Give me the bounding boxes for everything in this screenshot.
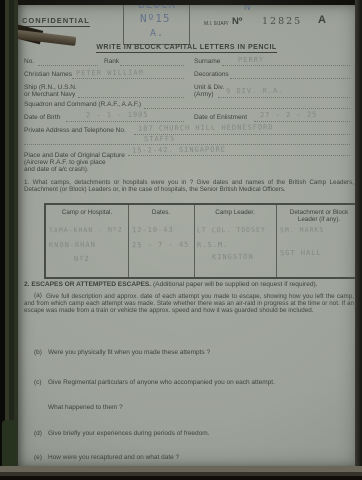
- dob-label: Date of Birth: [24, 115, 60, 122]
- unit-line: [218, 97, 350, 98]
- item-c-label: (c): [34, 380, 42, 387]
- col-header-camp: Camp or Hospital.: [46, 209, 128, 216]
- rank-line: [120, 65, 184, 66]
- item-c-text: Give Regimental particulars of anyone wh…: [48, 380, 275, 387]
- address-label: Private Address and Telephone No.: [24, 128, 126, 135]
- capture-label-line3: and date of a/c crash).: [24, 167, 89, 174]
- ship-label-line2: or Merchant Navy: [24, 92, 75, 99]
- table-row-camp: KNON-KHAN: [49, 241, 96, 249]
- item-e-label: (e): [34, 455, 42, 462]
- no-label: No.: [24, 59, 34, 66]
- decorations-line: [230, 78, 350, 79]
- surname-value: PERRY: [238, 56, 264, 64]
- item-e-text: How were you recaptured and on what date…: [48, 455, 179, 462]
- scan-edge-left: [0, 0, 18, 480]
- item-b-label: (b): [34, 350, 42, 357]
- col-header-detachment-line2: Leader (if any).: [298, 216, 340, 223]
- address-value: 107 CHURCH HILL HEDNESFORD: [138, 123, 274, 132]
- table-row-leader: LT COL. TOOSEY: [197, 226, 266, 235]
- decorations-label: Decorations: [194, 72, 229, 79]
- scan-edge-top: [0, 0, 362, 5]
- table-row-detachment: SM. MARKS: [280, 226, 324, 234]
- christian-names-value: PETER WILLIAM: [76, 69, 144, 78]
- enlistment-value: 27 - 2 - 25: [260, 111, 317, 120]
- item-b-text: Were you physically fit when you made th…: [48, 350, 210, 357]
- table-row-camp: TAMA-KHAN - Nº2: [49, 226, 123, 235]
- item-a-text: Give full description and approx. date o…: [24, 293, 354, 315]
- confidential-stamp: CONFIDENTIAL: [22, 16, 90, 27]
- block-number-box: BLOCK Nº15 A.: [123, 0, 190, 45]
- christian-names-label: Christian Names: [24, 72, 72, 79]
- dob-line: [66, 121, 184, 122]
- section-2-title-note: (Additional paper will be supplied on re…: [153, 281, 318, 288]
- col-header-dates: Dates.: [128, 209, 194, 216]
- dob-value: 2 - 1 - 1905: [86, 111, 149, 120]
- item-d-text: Give briefly your experiences during per…: [48, 431, 210, 438]
- address-line2: [24, 144, 350, 145]
- section-2-title-text: 2. ESCAPES OR ATTEMPTED ESCAPES.: [24, 281, 151, 288]
- ship-line: [78, 97, 184, 98]
- page-heading-text: WRITE IN BLOCK CAPITAL LETTERS IN PENCIL: [96, 44, 276, 53]
- table-row-leader: R.S.M.: [197, 241, 228, 249]
- col-header-leader: Camp Leader.: [194, 209, 276, 216]
- table-row-detachment: SGT HALL: [280, 249, 322, 257]
- table-row-dates: 25 - 7 - 45: [132, 241, 189, 250]
- page-heading: WRITE IN BLOCK CAPITAL LETTERS IN PENCIL: [16, 44, 357, 51]
- scanned-document: CONFIDENTIAL BLOCK Nº15 A. N M.I. 9/JAP/…: [0, 0, 362, 480]
- christian-names-line: [72, 78, 184, 79]
- block-box-line3: A.: [150, 28, 164, 39]
- no-line: [38, 65, 98, 66]
- table-row-camp: Nº2: [74, 255, 90, 263]
- enlistment-label: Date of Enlistment: [194, 115, 247, 122]
- item-c2-text: What happened to them ?: [48, 405, 123, 412]
- form-letter: A: [318, 14, 326, 26]
- block-box-line2: Nº15: [140, 12, 171, 25]
- col-header-detachment-line1: Detachment or Block: [290, 209, 348, 216]
- question-1: 1. What camps, detachments or hospitals …: [24, 179, 354, 193]
- scan-edge-bottom: [0, 466, 362, 480]
- squadron-line: [144, 108, 350, 109]
- address-value-line2: STAFFS: [144, 135, 175, 143]
- form-paper: CONFIDENTIAL BLOCK Nº15 A. N M.I. 9/JAP/…: [16, 3, 357, 468]
- surname-label: Surname: [194, 59, 220, 66]
- unit-value: 9 DIV. R.A.: [226, 87, 283, 96]
- camp-table: Camp or Hospital. Dates. Camp Leader. De…: [44, 203, 362, 279]
- capture-line: [128, 155, 350, 156]
- enlistment-line: [254, 121, 350, 122]
- table-row-dates: 12-10-43: [132, 226, 174, 234]
- item-d-label: (d): [34, 431, 42, 438]
- squadron-label: Squadron and Command (R.A.F., A.A.F.): [24, 102, 141, 109]
- table-row-leader: KINGSTON: [212, 253, 254, 261]
- unit-label-line2: (Army): [194, 92, 214, 99]
- rank-label: Rank: [104, 59, 119, 66]
- section-2-title: 2. ESCAPES OR ATTEMPTED ESCAPES. (Additi…: [24, 281, 354, 288]
- scan-edge-right: [355, 0, 362, 480]
- form-no-label: Nº: [232, 16, 242, 27]
- form-ref: M.I. 9/JAP/: [204, 21, 228, 27]
- capture-value: 15-2-42. SINGAPORE: [132, 146, 226, 155]
- form-number: 12825: [262, 16, 302, 27]
- surname-line: [222, 65, 350, 66]
- col-header-detachment: Detachment or Block Leader (if any).: [276, 209, 362, 223]
